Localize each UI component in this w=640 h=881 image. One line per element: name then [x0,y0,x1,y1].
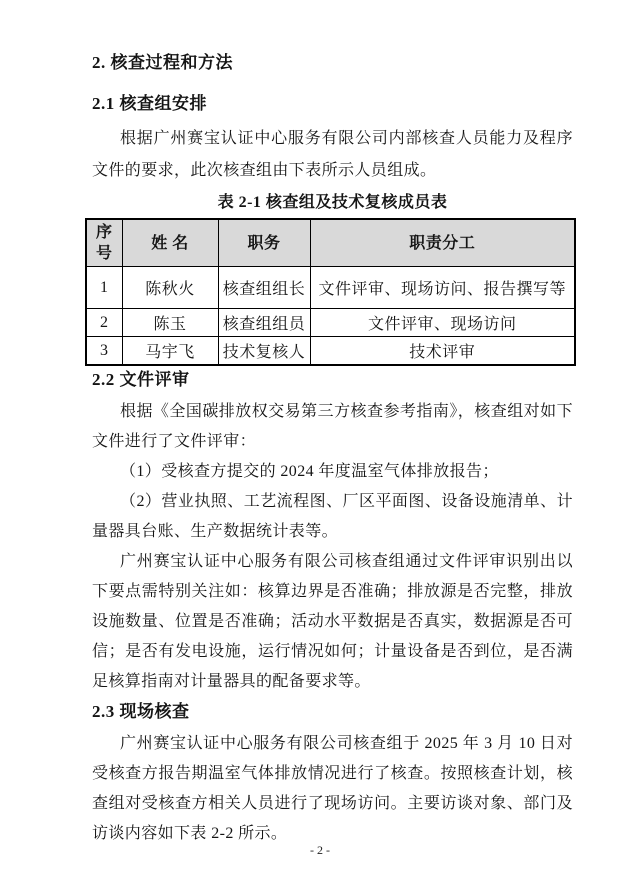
cell-name: 陈玉 [122,309,218,337]
cell-duty: 技术评审 [310,337,575,366]
column-header-role: 职务 [218,219,310,267]
column-header-name: 姓 名 [122,219,218,267]
cell-role: 核查组组长 [218,267,310,309]
cell-role: 技术复核人 [218,337,310,366]
paragraph-doc-review-intro: 根据《全国碳排放权交易第三方核查参考指南》，核查组对如下文件进行了文件评审： [92,397,573,457]
heading-section-2-3: 2.3 现场核查 [92,701,573,723]
page-number: - 2 - [0,843,640,858]
table-row: 1 陈秋火 核查组组长 文件评审、现场访问、报告撰写等 [86,267,575,309]
table-caption: 表 2-1 核查组及技术复核成员表 [92,193,573,213]
cell-index: 3 [86,337,122,366]
cell-duty: 文件评审、现场访问 [310,309,575,337]
table-row: 2 陈玉 核查组组员 文件评审、现场访问 [86,309,575,337]
paragraph-site-verification: 广州赛宝认证中心服务有限公司核查组于 2025 年 3 月 10 日对受核查方报… [92,729,573,849]
paragraph-team-arrangement: 根据广州赛宝认证中心服务有限公司内部核查人员能力及程序文件的要求，此次核查组由下… [92,123,573,187]
table-row: 3 马宇飞 技术复核人 技术评审 [86,337,575,366]
cell-role: 核查组组员 [218,309,310,337]
cell-index: 1 [86,267,122,309]
column-header-duty: 职责分工 [310,219,575,267]
cell-name: 马宇飞 [122,337,218,366]
table-header-row: 序号 姓 名 职务 职责分工 [86,219,575,267]
column-header-index: 序号 [86,219,122,267]
members-table: 序号 姓 名 职务 职责分工 1 陈秋火 核查组组长 文件评审、现场访问、报告撰… [85,218,576,366]
heading-section-2-2: 2.2 文件评审 [92,369,573,391]
cell-duty: 文件评审、现场访问、报告撰写等 [310,267,575,309]
heading-section-2: 2. 核查过程和方法 [92,52,573,74]
paragraph-doc-review-item-2: （2）营业执照、工艺流程图、厂区平面图、设备设施清单、计量器具台账、生产数据统计… [92,487,573,547]
paragraph-doc-review-findings: 广州赛宝认证中心服务有限公司核查组通过文件评审识别出以下要点需特别关注如：核算边… [92,547,573,697]
document-content: 2. 核查过程和方法 2.1 核查组安排 根据广州赛宝认证中心服务有限公司内部核… [92,50,573,849]
paragraph-doc-review-item-1: （1）受核查方提交的 2024 年度温室气体排放报告； [92,457,573,487]
heading-section-2-1: 2.1 核查组安排 [92,93,573,115]
document-page: 2. 核查过程和方法 2.1 核查组安排 根据广州赛宝认证中心服务有限公司内部核… [0,0,640,881]
cell-index: 2 [86,309,122,337]
cell-name: 陈秋火 [122,267,218,309]
